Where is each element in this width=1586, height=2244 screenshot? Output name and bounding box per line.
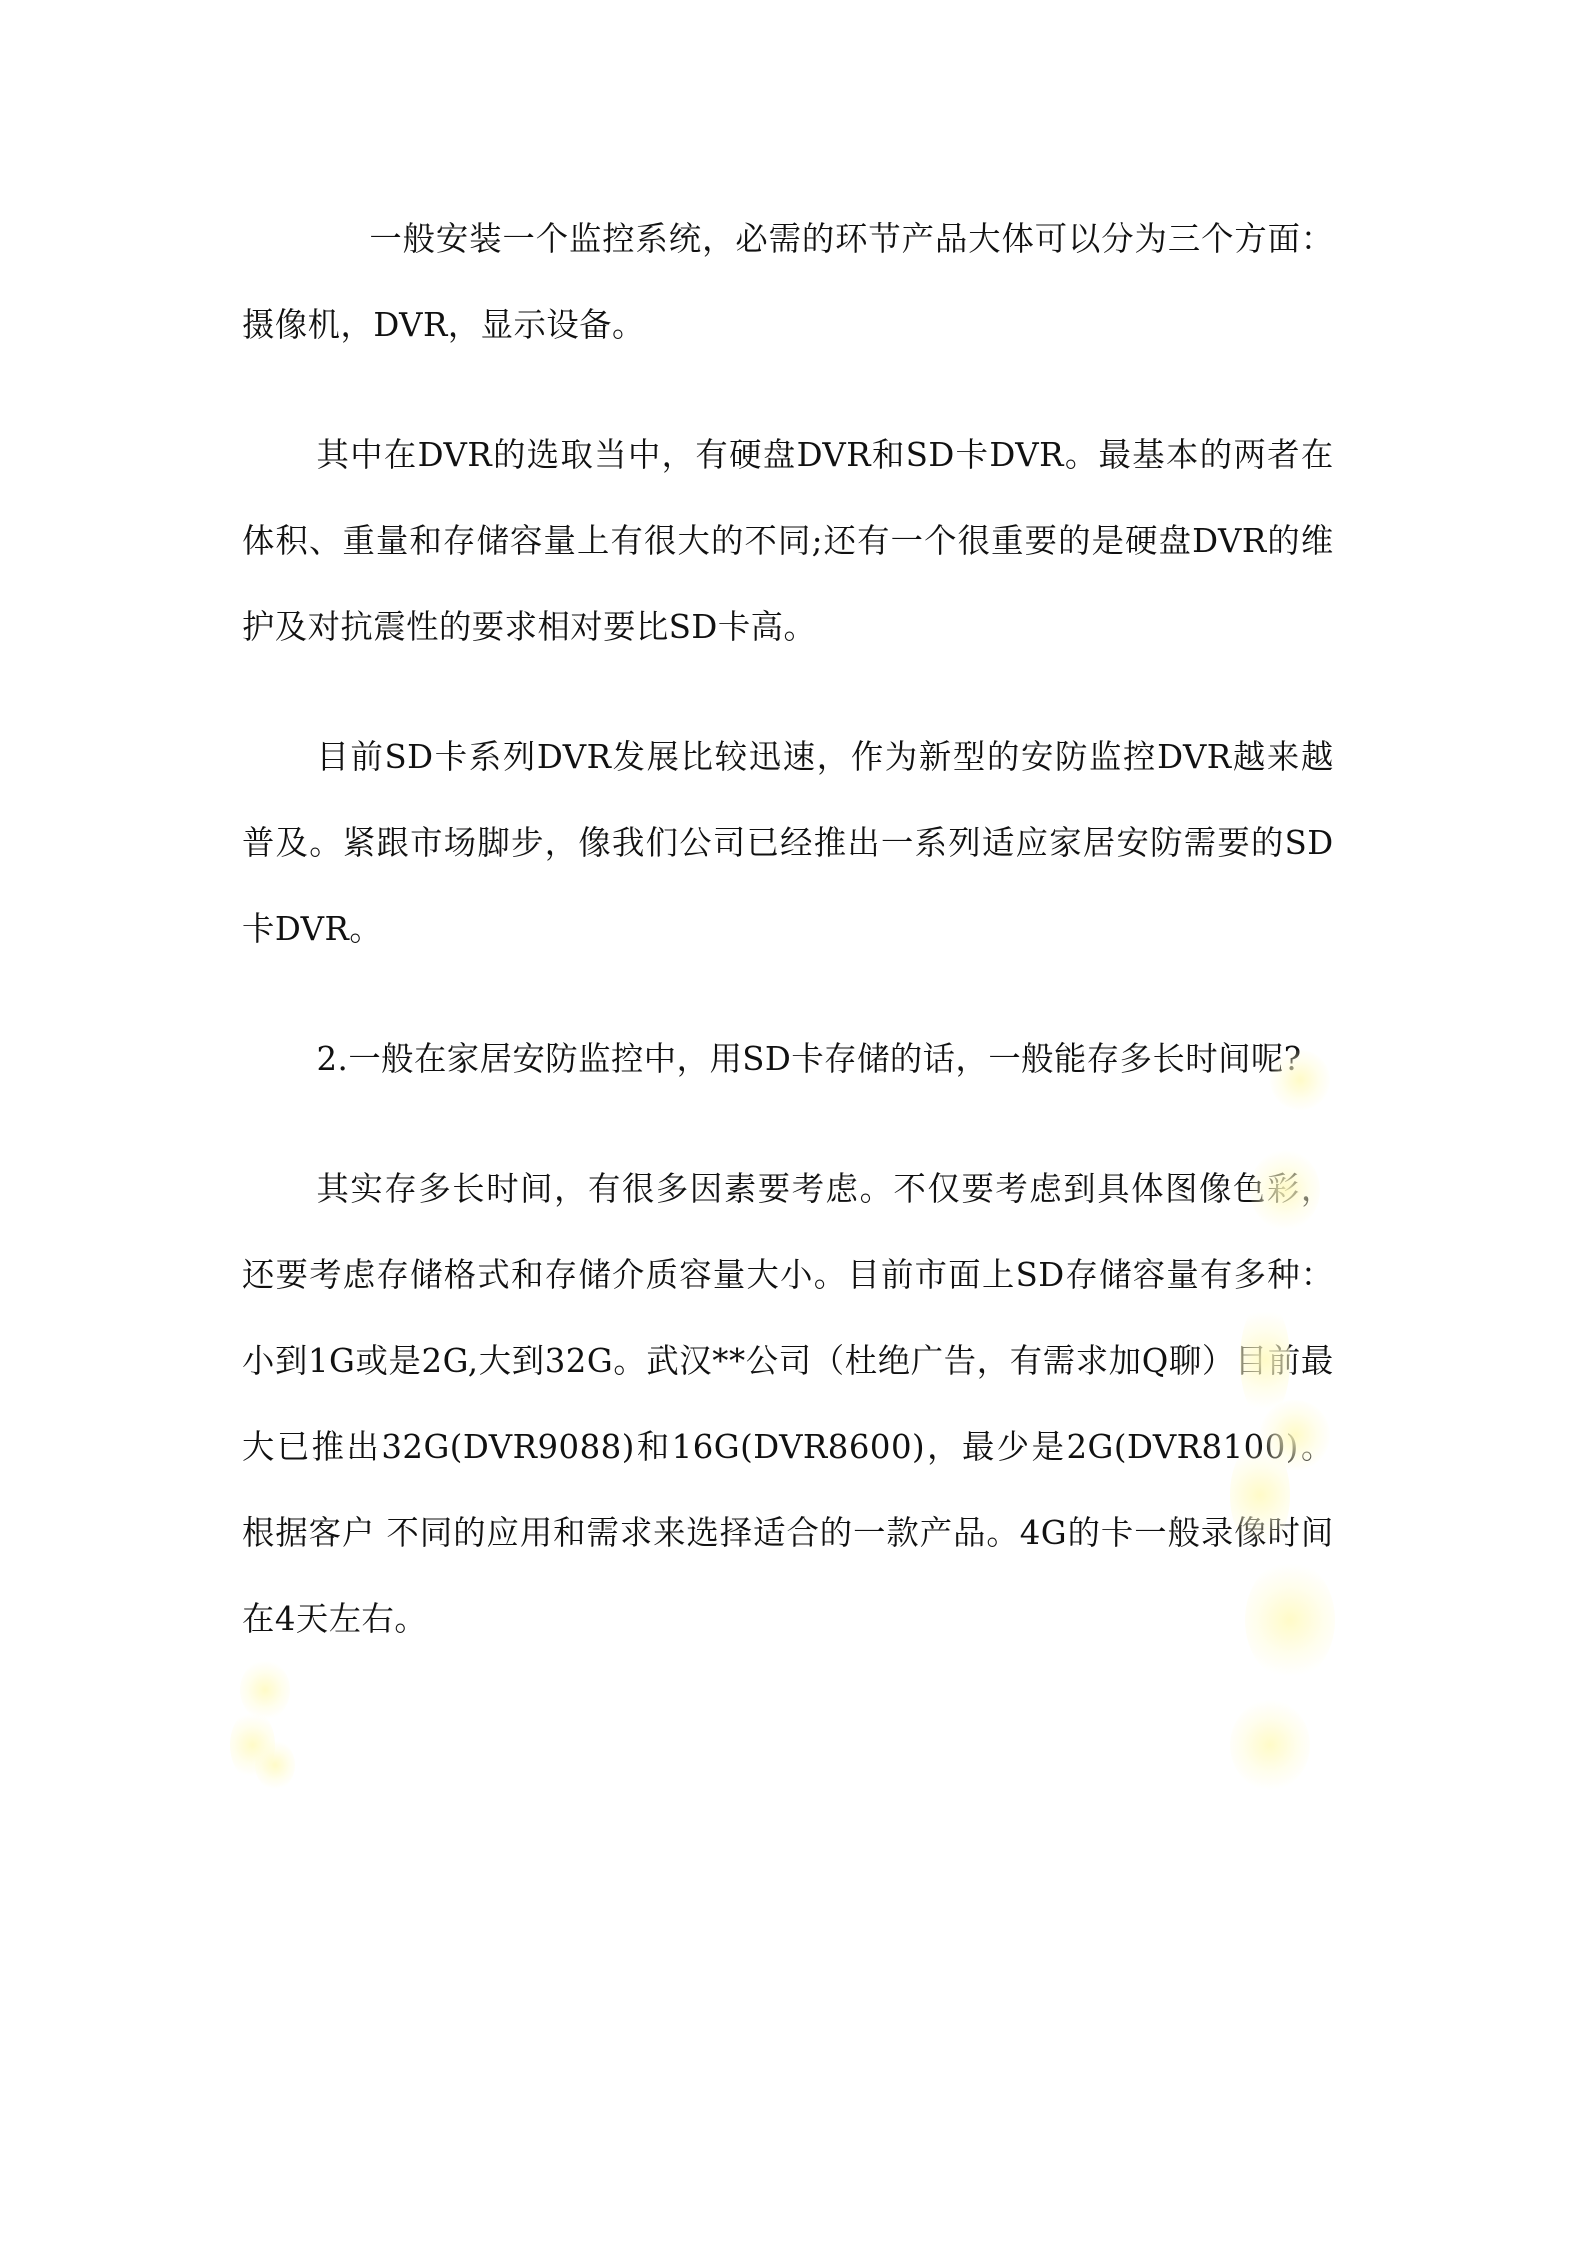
document-page: 一般安装一个监控系统，必需的环节产品大体可以分为三个方面：摄像机，DVR，显示设… [242, 196, 1356, 1706]
paragraph-intro: 一般安装一个监控系统，必需的环节产品大体可以分为三个方面：摄像机，DVR，显示设… [242, 196, 1334, 368]
paragraph-question-heading: 2.一般在家居安防监控中，用SD卡存储的话，一般能存多长时间呢? [242, 1016, 1334, 1102]
paragraph-sd-dvr-trend: 目前SD卡系列DVR发展比较迅速，作为新型的安防监控DVR越来越普及。紧跟市场脚… [242, 714, 1334, 972]
watermark-mark [230, 1710, 275, 1780]
paragraph-storage-answer: 其实存多长时间，有很多因素要考虑。不仅要考虑到具体图像色彩，还要考虑存储格式和存… [242, 1146, 1334, 1662]
watermark-mark [1230, 1700, 1310, 1790]
watermark-mark [255, 1740, 295, 1790]
paragraph-dvr-selection: 其中在DVR的选取当中，有硬盘DVR和SD卡DVR。最基本的两者在体积、重量和存… [242, 412, 1334, 670]
